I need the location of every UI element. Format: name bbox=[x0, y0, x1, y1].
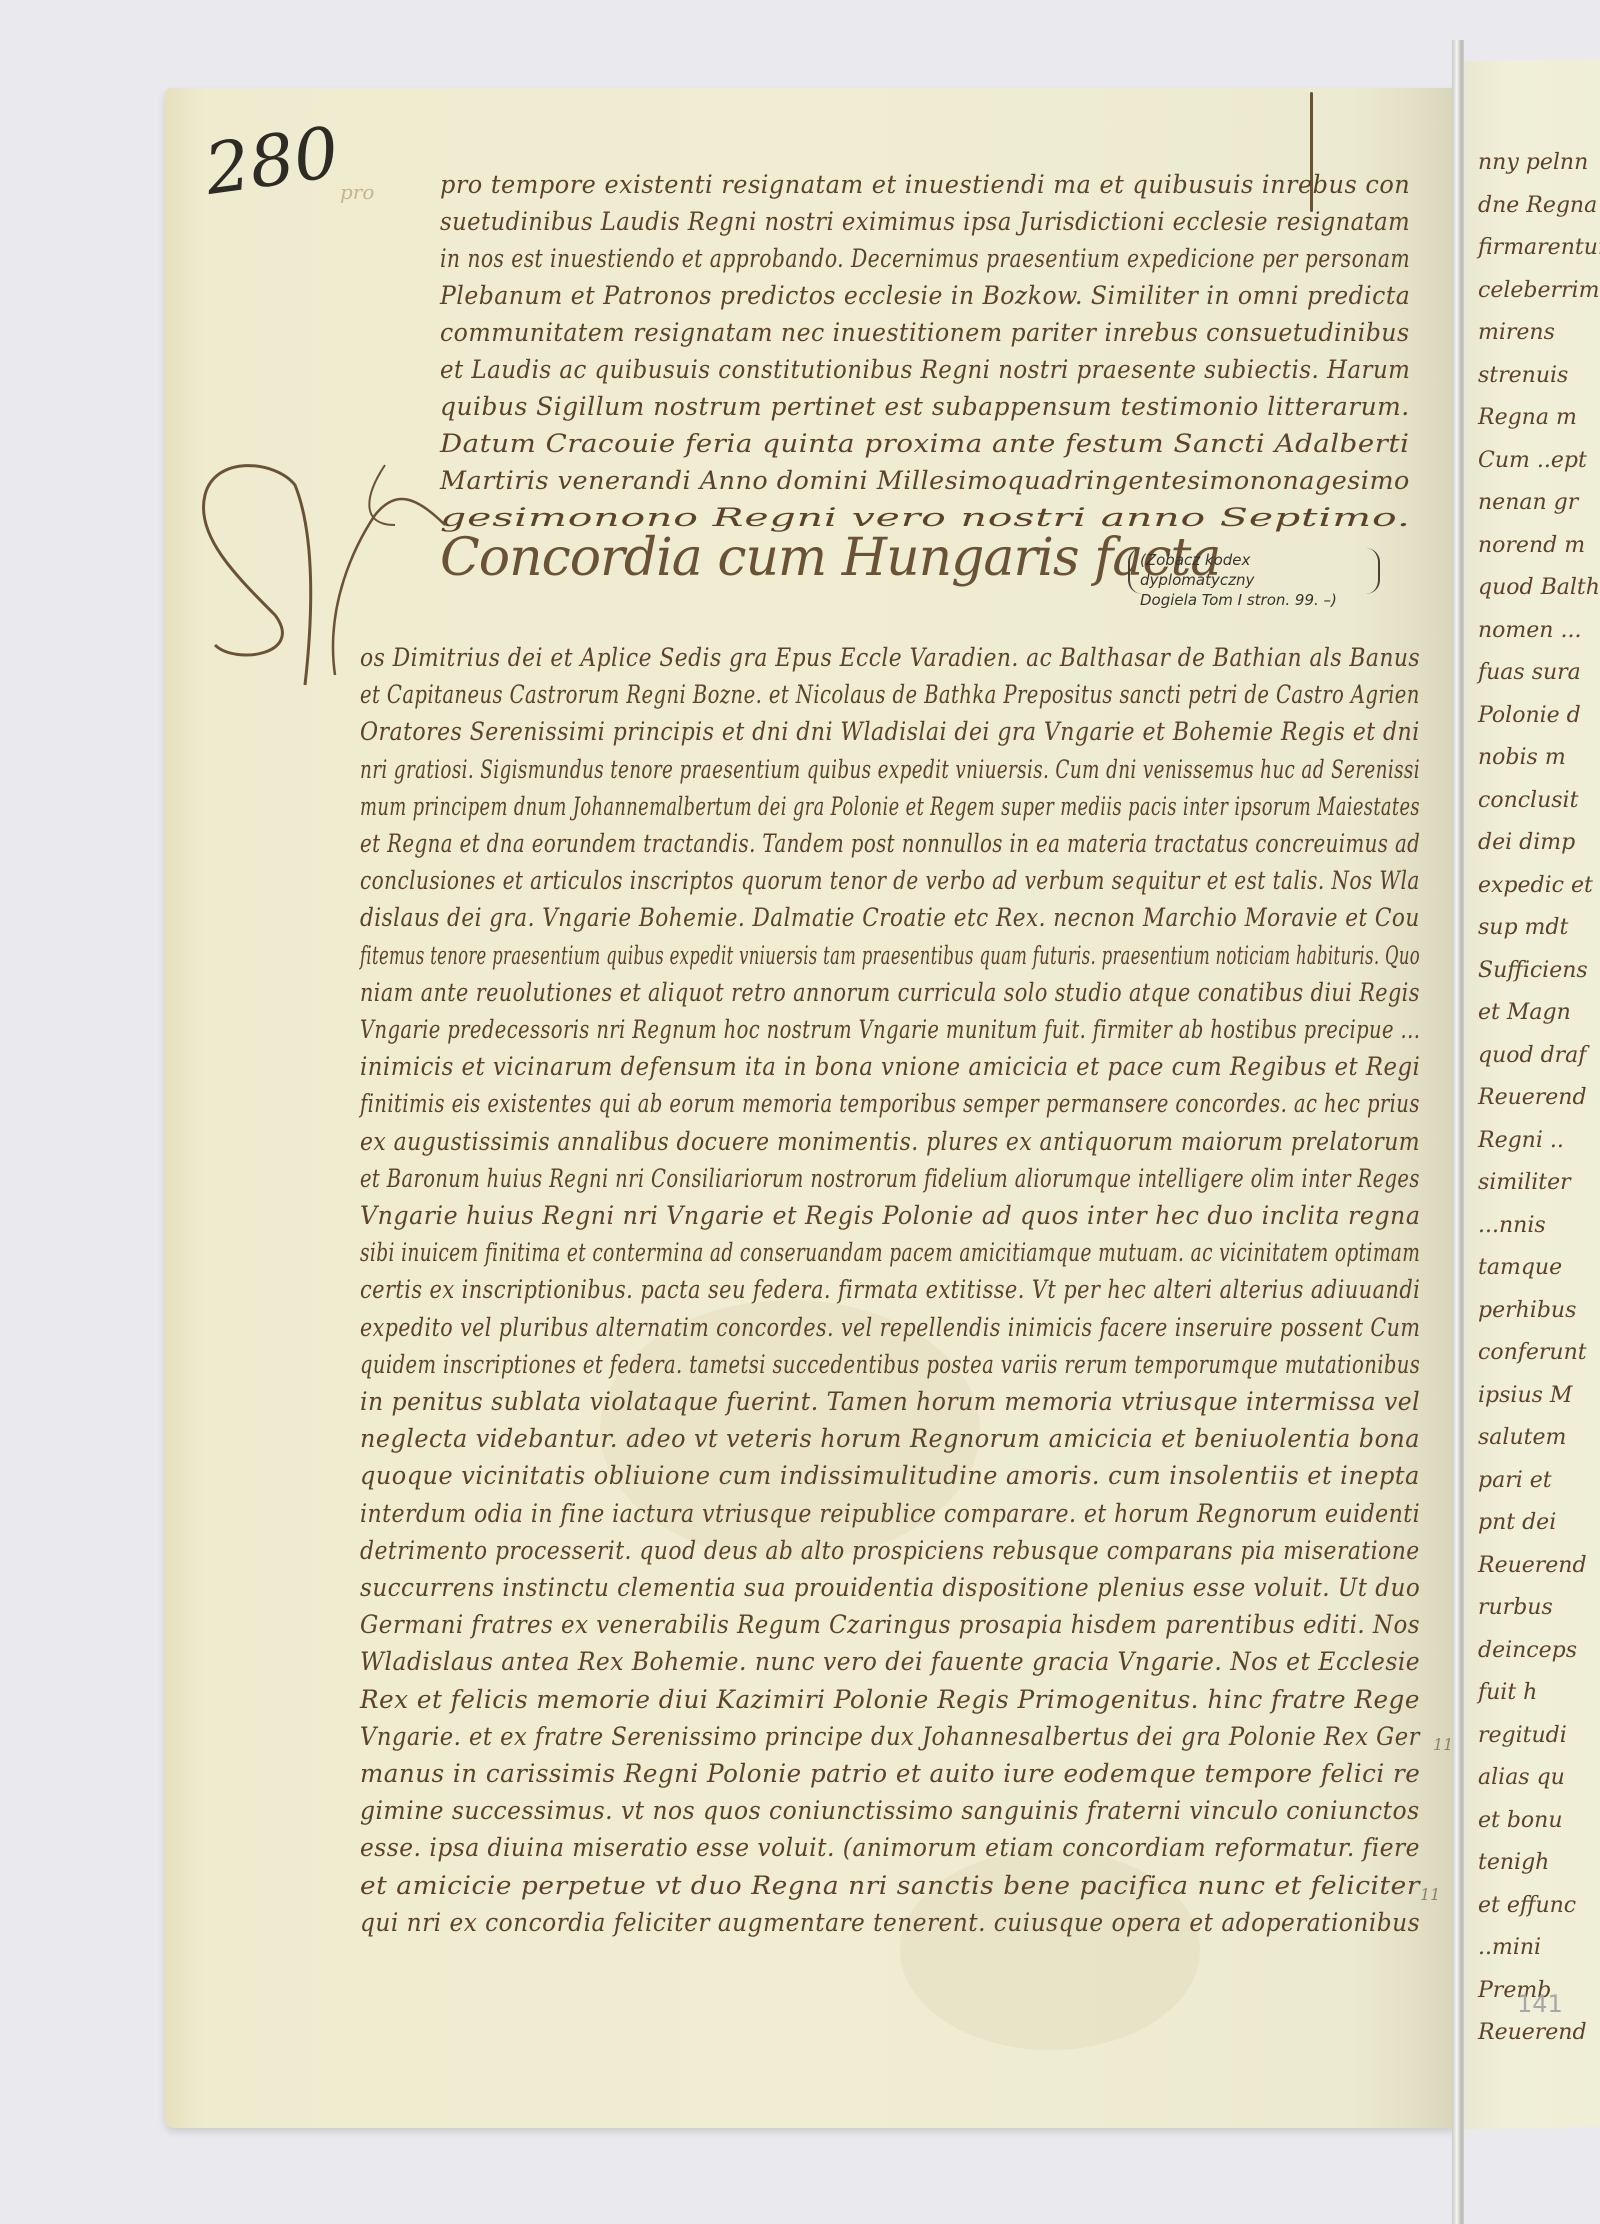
text-line: quibus Sigillum nostrum pertinet est sub… bbox=[440, 392, 1410, 421]
text-line: ...nnis bbox=[1478, 1213, 1546, 1238]
text-line: fuit h bbox=[1478, 1680, 1537, 1705]
text-line: Reuerend bbox=[1478, 1085, 1587, 1110]
text-line: Reuerend bbox=[1478, 2020, 1587, 2045]
text-line: quod Balth bbox=[1478, 575, 1600, 600]
text-line: quod draf bbox=[1478, 1043, 1586, 1068]
text-line: et Baronum huius Regni nri Consiliarioru… bbox=[360, 1164, 1420, 1193]
text-line: celeberrimi bbox=[1478, 278, 1600, 303]
text-line: conferunt bbox=[1478, 1340, 1587, 1365]
text-line: in penitus sublata violataque fuerint. T… bbox=[360, 1387, 1420, 1416]
text-line: Oratores Serenissimi principis et dni dn… bbox=[360, 717, 1420, 746]
text-line: interdum odia in fine iactura vtriusque … bbox=[360, 1499, 1420, 1528]
text-line: Regni .. bbox=[1478, 1128, 1564, 1153]
text-line: Vngarie predecessoris nri Regnum hoc nos… bbox=[360, 1015, 1420, 1044]
text-line: nenan gr bbox=[1478, 490, 1578, 515]
text-line: Regna m bbox=[1478, 405, 1577, 430]
text-line: neglecta videbantur. adeo vt veteris hor… bbox=[360, 1424, 1420, 1453]
text-line: Datum Cracouie feria quinta proxima ante… bbox=[440, 429, 1410, 458]
text-line: fitemus tenore praesentium quibus expedi… bbox=[360, 941, 1420, 970]
gutter-mark: 11 bbox=[1420, 1885, 1440, 1904]
text-line: tenigh bbox=[1478, 1850, 1549, 1875]
text-line: Wladislaus antea Rex Bohemie. nunc vero … bbox=[360, 1647, 1420, 1676]
text-line: nobis m bbox=[1478, 745, 1566, 770]
annotation-line-1: (Zobacz kodex dyplomatyczny bbox=[1140, 550, 1368, 590]
text-line: quidem inscriptiones et federa. tametsi … bbox=[360, 1350, 1420, 1379]
text-line: pnt dei bbox=[1478, 1510, 1556, 1535]
text-line: Vngarie huius Regni nri Vngarie et Regis… bbox=[360, 1201, 1420, 1230]
text-line: mum principem dnum Johannemalbertum dei … bbox=[360, 792, 1420, 821]
text-line: sup mdt bbox=[1478, 915, 1568, 940]
text-line: et Capitaneus Castrorum Regni Bozne. et … bbox=[360, 680, 1420, 709]
text-line: firmarentur bbox=[1478, 235, 1600, 260]
text-line: dislaus dei gra. Vngarie Bohemie. Dalmat… bbox=[360, 903, 1420, 932]
margin-note: pro bbox=[340, 180, 374, 204]
text-line: expedito vel pluribus alternatim concord… bbox=[360, 1313, 1420, 1342]
text-line: et Magn bbox=[1478, 1000, 1571, 1025]
text-line: succurrens instinctu clementia sua proui… bbox=[360, 1573, 1420, 1602]
text-line: nomen ... bbox=[1478, 618, 1581, 643]
text-line: dne Regna bbox=[1478, 193, 1597, 218]
text-line: nny pelnn bbox=[1478, 150, 1588, 175]
text-line: niam ante reuolutiones et aliquot retro … bbox=[360, 978, 1420, 1007]
text-line: strenuis bbox=[1478, 363, 1568, 388]
text-line: fuas sura bbox=[1478, 660, 1581, 685]
text-line: conclusit bbox=[1478, 788, 1578, 813]
text-line: conclusiones et articulos inscriptos quo… bbox=[360, 866, 1420, 895]
text-line: deinceps bbox=[1478, 1638, 1577, 1663]
text-line: inimicis et vicinarum defensum ita in bo… bbox=[360, 1052, 1420, 1081]
text-line: nri gratiosi. Sigismundus tenore praesen… bbox=[360, 755, 1420, 784]
text-line: detrimento processerit. quod deus ab alt… bbox=[360, 1536, 1420, 1565]
text-line: norend m bbox=[1478, 533, 1585, 558]
text-line: et Laudis ac quibusuis constitutionibus … bbox=[440, 355, 1410, 384]
text-line: manus in carissimis Regni Polonie patrio… bbox=[360, 1759, 1420, 1788]
text-line: salutem bbox=[1478, 1425, 1566, 1450]
text-line: sibi inuicem finitima et contermina ad c… bbox=[360, 1238, 1420, 1267]
text-line: communitatem resignatam nec inuestitione… bbox=[440, 318, 1410, 347]
text-line: et effunc bbox=[1478, 1893, 1576, 1918]
text-line: dei dimp bbox=[1478, 830, 1575, 855]
annotation-line-2: Dogiela Tom I stron. 99. –) bbox=[1140, 590, 1368, 610]
text-line: pari et bbox=[1478, 1468, 1552, 1493]
text-line: Sufficiens bbox=[1478, 958, 1588, 983]
text-line: ipsius M bbox=[1478, 1383, 1572, 1408]
pencil-folio-number: 141 bbox=[1517, 1990, 1563, 2018]
section-title: Concordia cum Hungaris facta bbox=[440, 528, 1220, 588]
text-line: Vngarie. et ex fratre Serenissimo princi… bbox=[360, 1722, 1420, 1751]
text-line: alias qu bbox=[1478, 1765, 1565, 1790]
text-line: similiter bbox=[1478, 1170, 1571, 1195]
text-line: esse. ipsa diuina miseratio esse voluit.… bbox=[360, 1833, 1420, 1862]
gutter-mark: 11 bbox=[1433, 1735, 1453, 1754]
book-spine bbox=[1452, 40, 1464, 2224]
text-line: quoque vicinitatis obliuione cum indissi… bbox=[360, 1461, 1420, 1490]
text-line: et amicicie perpetue vt duo Regna nri sa… bbox=[360, 1871, 1420, 1900]
text-line: tamque bbox=[1478, 1255, 1562, 1280]
text-line: finitimis eis existentes qui ab eorum me… bbox=[360, 1089, 1420, 1118]
text-line: Martiris venerandi Anno domini Millesimo… bbox=[440, 466, 1410, 495]
text-line: Polonie d bbox=[1478, 703, 1581, 728]
editorial-annotation: (Zobacz kodex dyplomatyczny Dogiela Tom … bbox=[1128, 548, 1380, 594]
text-line: Reuerend bbox=[1478, 1553, 1587, 1578]
text-line: os Dimitrius dei et Aplice Sedis gra Epu… bbox=[360, 643, 1420, 672]
text-line: pro tempore existenti resignatam et inue… bbox=[440, 170, 1410, 199]
text-line: regitudi bbox=[1478, 1723, 1567, 1748]
text-line: certis ex inscriptionibus. pacta seu fed… bbox=[360, 1275, 1420, 1304]
text-line: ex augustissimis annalibus docuere monim… bbox=[360, 1127, 1420, 1156]
text-line: perhibus bbox=[1478, 1298, 1576, 1323]
text-line: et bonu bbox=[1478, 1808, 1563, 1833]
text-line: Germani fratres ex venerabilis Regum Cza… bbox=[360, 1610, 1420, 1639]
text-line: ..mini bbox=[1478, 1935, 1541, 1960]
text-line: qui nri ex concordia feliciter augmentar… bbox=[360, 1908, 1420, 1937]
text-line: in nos est inuestiendo et approbando. De… bbox=[440, 244, 1410, 273]
text-line: Cum ..ept bbox=[1478, 448, 1587, 473]
text-line: Plebanum et Patronos predictos ecclesie … bbox=[440, 281, 1410, 310]
text-line: et Regna et dna eorundem tractandis. Tan… bbox=[360, 829, 1420, 858]
text-line: expedic et bbox=[1478, 873, 1593, 898]
text-line: rurbus bbox=[1478, 1595, 1553, 1620]
text-line: gimine successimus. vt nos quos coniunct… bbox=[360, 1796, 1420, 1825]
text-line: mirens bbox=[1478, 320, 1555, 345]
text-line: suetudinibus Laudis Regni nostri eximimu… bbox=[440, 207, 1410, 236]
text-line: Rex et felicis memorie diui Kazimiri Pol… bbox=[360, 1685, 1420, 1714]
